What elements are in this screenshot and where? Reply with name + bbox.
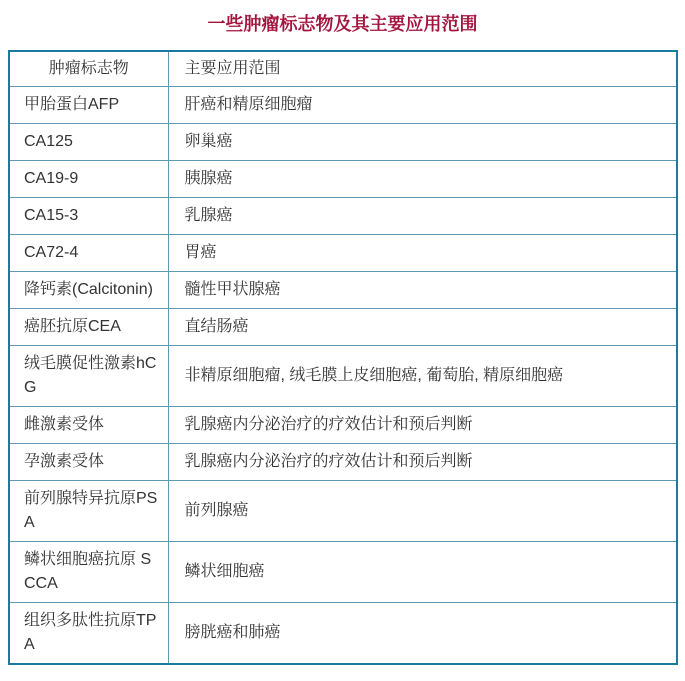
page: 一些肿瘤标志物及其主要应用范围 肿瘤标志物 主要应用范围 甲胎蛋白AFP 肝癌和… bbox=[0, 0, 685, 681]
table-row: 前列腺特异抗原PSA 前列腺癌 bbox=[9, 481, 677, 542]
markers-table: 肿瘤标志物 主要应用范围 甲胎蛋白AFP 肝癌和精原细胞瘤 CA125 卵巢癌 … bbox=[8, 50, 678, 665]
marker-cell: CA19-9 bbox=[9, 161, 168, 198]
table-row: CA72-4 胃癌 bbox=[9, 235, 677, 272]
marker-cell: CA72-4 bbox=[9, 235, 168, 272]
application-cell: 前列腺癌 bbox=[168, 481, 677, 542]
application-cell: 肝癌和精原细胞瘤 bbox=[168, 87, 677, 124]
application-cell: 卵巢癌 bbox=[168, 124, 677, 161]
application-cell: 胰腺癌 bbox=[168, 161, 677, 198]
application-cell: 乳腺癌内分泌治疗的疗效估计和预后判断 bbox=[168, 444, 677, 481]
page-title: 一些肿瘤标志物及其主要应用范围 bbox=[0, 13, 685, 35]
marker-cell: 绒毛膜促性激素hCG bbox=[9, 346, 168, 407]
table-row: 组织多肽性抗原TPA 膀胱癌和肺癌 bbox=[9, 603, 677, 665]
marker-cell: 组织多肽性抗原TPA bbox=[9, 603, 168, 665]
header-cell-application: 主要应用范围 bbox=[168, 51, 677, 87]
marker-cell: CA125 bbox=[9, 124, 168, 161]
table-row: 鳞状细胞癌抗原 SCCA 鳞状细胞癌 bbox=[9, 542, 677, 603]
application-cell: 髓性甲状腺癌 bbox=[168, 272, 677, 309]
marker-cell: 降钙素(Calcitonin) bbox=[9, 272, 168, 309]
marker-cell: 鳞状细胞癌抗原 SCCA bbox=[9, 542, 168, 603]
header-cell-marker: 肿瘤标志物 bbox=[9, 51, 168, 87]
application-cell: 非精原细胞瘤, 绒毛膜上皮细胞癌, 葡萄胎, 精原细胞癌 bbox=[168, 346, 677, 407]
application-cell: 乳腺癌 bbox=[168, 198, 677, 235]
table-row: 癌胚抗原CEA 直结肠癌 bbox=[9, 309, 677, 346]
table-row: 甲胎蛋白AFP 肝癌和精原细胞瘤 bbox=[9, 87, 677, 124]
table-row: CA19-9 胰腺癌 bbox=[9, 161, 677, 198]
application-cell: 鳞状细胞癌 bbox=[168, 542, 677, 603]
marker-cell: 前列腺特异抗原PSA bbox=[9, 481, 168, 542]
marker-cell: 雌激素受体 bbox=[9, 407, 168, 444]
table-row: 绒毛膜促性激素hCG 非精原细胞瘤, 绒毛膜上皮细胞癌, 葡萄胎, 精原细胞癌 bbox=[9, 346, 677, 407]
application-cell: 直结肠癌 bbox=[168, 309, 677, 346]
marker-cell: CA15-3 bbox=[9, 198, 168, 235]
table-header-row: 肿瘤标志物 主要应用范围 bbox=[9, 51, 677, 87]
table-row: 孕激素受体 乳腺癌内分泌治疗的疗效估计和预后判断 bbox=[9, 444, 677, 481]
table-row: 雌激素受体 乳腺癌内分泌治疗的疗效估计和预后判断 bbox=[9, 407, 677, 444]
application-cell: 胃癌 bbox=[168, 235, 677, 272]
table-row: CA15-3 乳腺癌 bbox=[9, 198, 677, 235]
marker-cell: 甲胎蛋白AFP bbox=[9, 87, 168, 124]
marker-cell: 癌胚抗原CEA bbox=[9, 309, 168, 346]
table-row: CA125 卵巢癌 bbox=[9, 124, 677, 161]
application-cell: 膀胱癌和肺癌 bbox=[168, 603, 677, 665]
application-cell: 乳腺癌内分泌治疗的疗效估计和预后判断 bbox=[168, 407, 677, 444]
table-row: 降钙素(Calcitonin) 髓性甲状腺癌 bbox=[9, 272, 677, 309]
marker-cell: 孕激素受体 bbox=[9, 444, 168, 481]
